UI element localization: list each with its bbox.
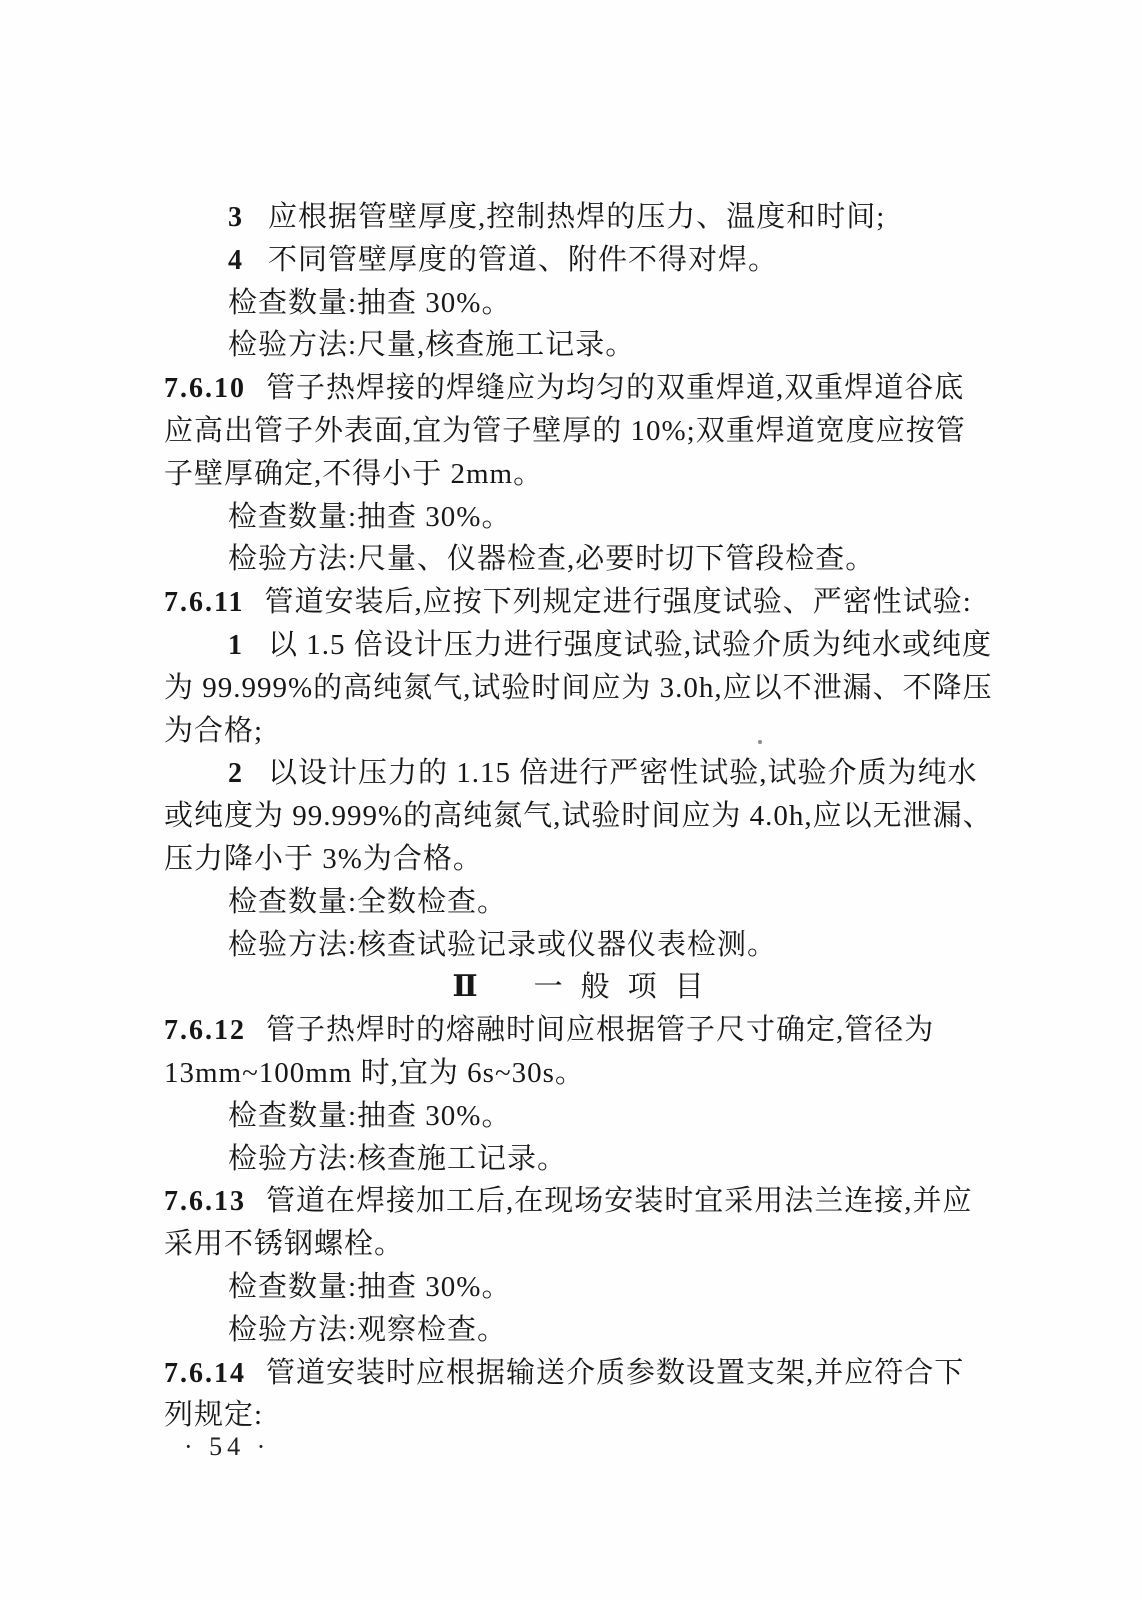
clause-7-6-11: 7.6.11管道安装后,应按下列规定进行强度试验、严密性试验: [164,581,970,624]
body-text: 应高出管子外表面,宜为管子壁厚的 10%;双重焊道宽度应按管 [164,415,966,447]
body-text: 子壁厚确定,不得小于 2mm。 [164,458,543,490]
section-header: Ⅱ一般项目 [164,966,970,1009]
list-item-1: 1以 1.5 倍设计压力进行强度试验,试验介质为纯水或纯度 [164,624,970,667]
label-text: 检查数量:抽查 30%。 [228,501,511,533]
label-text: 检验方法:观察检查。 [228,1314,507,1346]
body-text: 压力降小于 3%为合格。 [164,843,483,875]
clause-text: 管道在焊接加工后,在现场安装时宜采用法兰连接,并应 [266,1185,973,1217]
inspection-method-line: 检验方法:核查施工记录。 [164,1138,970,1181]
clause-7-6-12: 7.6.12管子热焊时的熔融时间应根据管子尺寸确定,管径为 [164,1009,970,1052]
body-line: 压力降小于 3%为合格。 [164,838,970,881]
item-number: 3 [228,202,242,233]
clause-7-6-14: 7.6.14管道安装时应根据输送介质参数设置支架,并应符合下 [164,1352,970,1395]
inspection-method-line: 检验方法:尺量,核查施工记录。 [164,324,970,367]
body-line: 应高出管子外表面,宜为管子壁厚的 10%;双重焊道宽度应按管 [164,410,970,453]
inspection-method-line: 检验方法:观察检查。 [164,1309,970,1352]
inspection-method-line: 检验方法:尺量、仪器检查,必要时切下管段检查。 [164,538,970,581]
body-line: 子壁厚确定,不得小于 2mm。 [164,453,970,496]
label-text: 检查数量:全数检查。 [228,886,507,918]
label-text: 检验方法:核查施工记录。 [228,1143,567,1175]
body-line: 或纯度为 99.999%的高纯氮气,试验时间应为 4.0h,应以无泄漏、 [164,795,970,838]
list-item-4: 4不同管壁厚度的管道、附件不得对焊。 [164,239,970,282]
clause-number: 7.6.10 [164,373,246,404]
item-text: 不同管壁厚度的管道、附件不得对焊。 [268,244,778,276]
clause-7-6-10: 7.6.10管子热焊接的焊缝应为均匀的双重焊道,双重焊道谷底 [164,367,970,410]
body-text: 为 99.999%的高纯氮气,试验时间应为 3.0h,应以不泄漏、不降压 [164,672,993,704]
body-line: 采用不锈钢螺栓。 [164,1223,970,1266]
body-text: 13mm~100mm 时,宜为 6s~30s。 [164,1057,585,1089]
document-page: 3应根据管壁厚度,控制热焊的压力、温度和时间; 4不同管壁厚度的管道、附件不得对… [0,0,1142,1600]
body-line: 为合格; [164,710,970,753]
list-item-3: 3应根据管壁厚度,控制热焊的压力、温度和时间; [164,196,970,239]
body-text: 列规定: [164,1399,263,1431]
inspection-quantity-line: 检查数量:抽查 30%。 [164,496,970,539]
item-text: 以 1.5 倍设计压力进行强度试验,试验介质为纯水或纯度 [268,629,992,661]
section-title: 一般项目 [534,971,722,1003]
clause-number: 7.6.11 [164,587,244,618]
clause-number: 7.6.13 [164,1186,246,1217]
inspection-quantity-line: 检查数量:抽查 30%。 [164,1095,970,1138]
label-text: 检验方法:尺量、仪器检查,必要时切下管段检查。 [228,543,875,575]
scan-artifact-dot [758,740,762,744]
inspection-quantity-line: 检查数量:抽查 30%。 [164,282,970,325]
text-block: 3应根据管壁厚度,控制热焊的压力、温度和时间; 4不同管壁厚度的管道、附件不得对… [164,196,970,1437]
clause-7-6-13: 7.6.13管道在焊接加工后,在现场安装时宜采用法兰连接,并应 [164,1180,970,1223]
label-text: 检验方法:核查试验记录或仪器仪表检测。 [228,929,777,961]
clause-number: 7.6.12 [164,1015,246,1046]
body-line: 列规定: [164,1394,970,1437]
clause-number: 7.6.14 [164,1358,246,1389]
item-text: 应根据管壁厚度,控制热焊的压力、温度和时间; [268,201,885,233]
list-item-2: 2以设计压力的 1.15 倍进行严密性试验,试验介质为纯水 [164,752,970,795]
item-number: 1 [228,630,242,661]
body-line: 13mm~100mm 时,宜为 6s~30s。 [164,1052,970,1095]
body-text: 或纯度为 99.999%的高纯氮气,试验时间应为 4.0h,应以无泄漏、 [164,800,993,832]
clause-text: 管道安装时应根据输送介质参数设置支架,并应符合下 [266,1357,964,1389]
clause-text: 管子热焊接的焊缝应为均匀的双重焊道,双重焊道谷底 [266,372,964,404]
label-text: 检查数量:抽查 30%。 [228,1100,511,1132]
item-text: 以设计压力的 1.15 倍进行严密性试验,试验介质为纯水 [268,757,978,789]
body-text: 为合格; [164,715,263,747]
clause-text: 管子热焊时的熔融时间应根据管子尺寸确定,管径为 [266,1014,934,1046]
item-number: 4 [228,245,242,276]
item-number: 2 [228,758,242,789]
inspection-quantity-line: 检查数量:全数检查。 [164,881,970,924]
body-text: 采用不锈钢螺栓。 [164,1228,404,1260]
body-line: 为 99.999%的高纯氮气,试验时间应为 3.0h,应以不泄漏、不降压 [164,667,970,710]
clause-text: 管道安装后,应按下列规定进行强度试验、严密性试验: [264,586,971,618]
label-text: 检查数量:抽查 30%。 [228,287,511,319]
inspection-quantity-line: 检查数量:抽查 30%。 [164,1266,970,1309]
page-number: · 54 · [184,1432,270,1462]
label-text: 检验方法:尺量,核查施工记录。 [228,329,635,361]
section-numeral: Ⅱ [452,970,478,1003]
inspection-method-line: 检验方法:核查试验记录或仪器仪表检测。 [164,924,970,967]
label-text: 检查数量:抽查 30%。 [228,1271,511,1303]
